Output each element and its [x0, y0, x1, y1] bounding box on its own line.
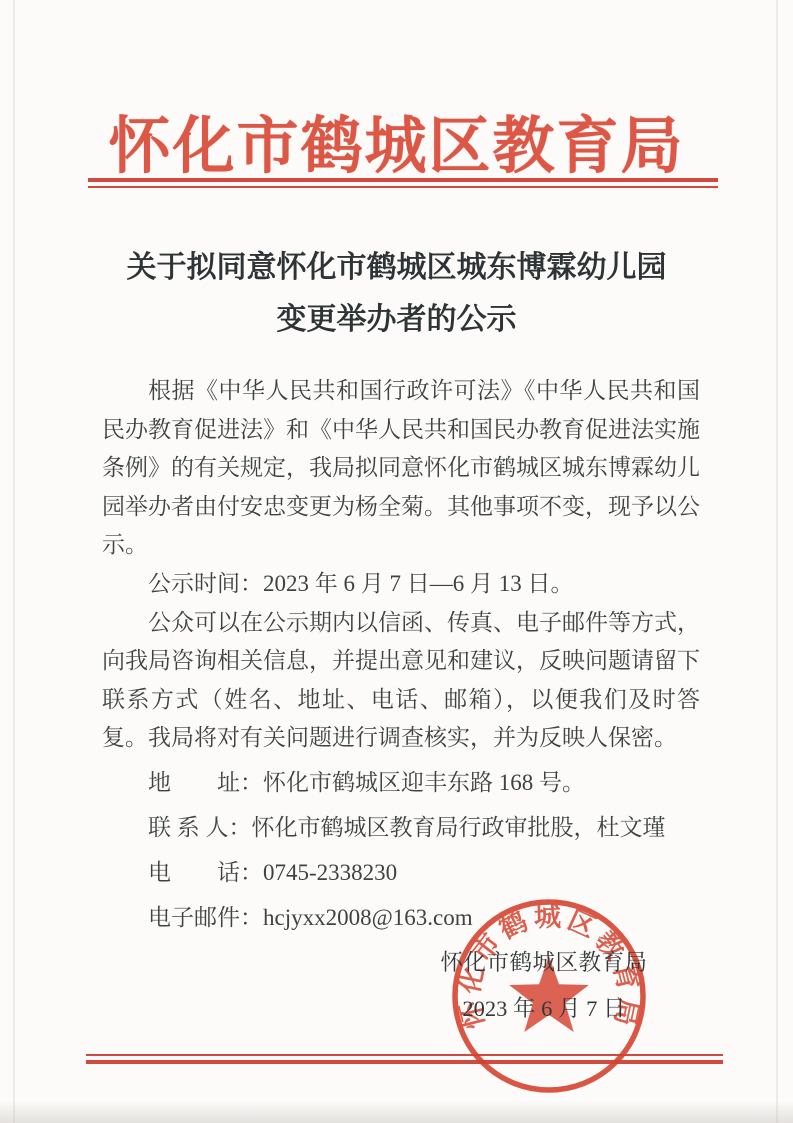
signature-organization: 怀化市鹤城区教育局	[426, 948, 662, 978]
signature-date: 2023 年 6 月 7 日	[426, 994, 662, 1024]
contact-address-value: 怀化市鹤城区迎丰东路 168 号。	[263, 770, 585, 795]
contact-address-label: 地 址：	[148, 770, 263, 795]
document-title: 关于拟同意怀化市鹤城区城东博霖幼儿园 变更举办者的公示	[0, 242, 793, 346]
scanned-document-page: 怀化市鹤城区教育局 关于拟同意怀化市鹤城区城东博霖幼儿园 变更举办者的公示 根据…	[0, 0, 793, 1123]
signature-block: 怀化市鹤城区教育局 2023 年 6 月 7 日	[426, 948, 662, 1024]
contact-email-value: hcjyxx2008@163.com	[263, 905, 473, 930]
contact-phone-label: 电 话：	[148, 860, 263, 885]
contact-person-label: 联 系 人：	[148, 815, 252, 840]
contact-phone-row: 电 话：0745-2338230	[102, 850, 700, 895]
letterhead-double-rule	[88, 178, 718, 188]
contact-email-label: 电子邮件：	[148, 905, 263, 930]
document-body: 根据《中华人民共和国行政许可法》《中华人民共和国民办教育促进法》和《中华人民共和…	[102, 372, 700, 940]
paragraph-feedback-methods: 公众可以在公示期内以信函、传真、电子邮件等方式，向我局咨询相关信息，并提出意见和…	[102, 604, 700, 758]
contact-phone-value: 0745-2338230	[263, 860, 397, 885]
document-title-line-1: 关于拟同意怀化市鹤城区城东博霖幼儿园	[0, 242, 793, 294]
scan-bottom-smudge	[0, 1101, 793, 1123]
paragraph-legal-basis: 根据《中华人民共和国行政许可法》《中华人民共和国民办教育促进法》和《中华人民共和…	[102, 372, 700, 565]
paragraph-publicity-period: 公示时间：2023 年 6 月 7 日—6 月 13 日。	[102, 565, 700, 604]
contact-address-row: 地 址：怀化市鹤城区迎丰东路 168 号。	[102, 760, 700, 805]
letterhead-title: 怀化市鹤城区教育局	[0, 96, 793, 185]
document-title-line-2: 变更举办者的公示	[0, 294, 793, 346]
contact-person-row: 联 系 人：怀化市鹤城区教育局行政审批股，杜文瑾	[102, 805, 700, 850]
contact-person-value: 怀化市鹤城区教育局行政审批股，杜文瑾	[252, 815, 666, 840]
